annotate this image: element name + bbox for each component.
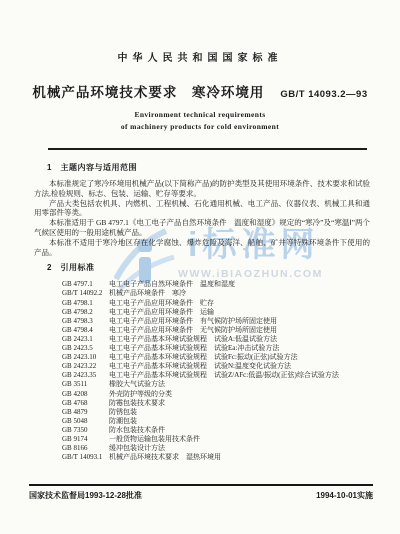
standard-row: GB 4879 防锈包装 xyxy=(62,408,400,417)
scope-paragraphs: 本标准规定了寒冷环境用机械产品(以下简称产品)的防护类型及其使用环境条件、技术要… xyxy=(34,179,370,257)
standard-code: GB 5048 xyxy=(62,417,109,426)
standard-row: GB 9174 一般货物运输包装用技术条件 xyxy=(62,435,400,444)
standard-code: GB 9174 xyxy=(62,435,109,444)
standard-title: 防锈包装 xyxy=(109,408,137,417)
approval-text: 国家技术监督局1993-12-28批准 xyxy=(29,490,142,501)
section-heading-scope: 1 主题内容与适用范围 xyxy=(47,162,400,173)
standard-row: GB 2423.22 电工电子产品基本环境试验规程 试验N:温度变化试验方法 xyxy=(62,362,400,371)
standard-code: GB 4798.3 xyxy=(62,317,109,326)
scope-paragraph: 本标准适用于 GB 4797.1《电工电子产品自然环境条件 温度和湿度》规定的“… xyxy=(34,218,370,238)
standard-code: GB 4208 xyxy=(62,390,109,399)
standard-row: GB 4798.3 电工电子产品应用环境条件 有气候防护场所固定使用 xyxy=(62,317,400,326)
standard-row: GB 8166 缓冲包装设计方法 xyxy=(62,444,400,453)
standard-title: 电工电子产品基本环境试验规程 试验Ea:冲击试验方法 xyxy=(109,344,279,353)
standard-code: GB/T 14092.2 xyxy=(62,289,109,298)
standard-row: GB 7350 防水包装技术条件 xyxy=(62,426,400,435)
standard-title: 电工电子产品基本环境试验规程 试验A:低温试验方法 xyxy=(109,335,277,344)
standard-code: GB 4768 xyxy=(62,399,109,408)
standard-title: 电工电子产品应用环境条件 运输 xyxy=(109,308,214,317)
standard-row: GB/T 14093.1 机械产品环境技术要求 湿热环境用 xyxy=(62,453,400,462)
standard-title: 橡胶大气试验方法 xyxy=(109,380,165,389)
standard-row: GB 4798.1 电工电子产品应用环境条件 贮存 xyxy=(62,299,400,308)
standard-code: GB 7350 xyxy=(62,426,109,435)
scope-paragraph: 本标准规定了寒冷环境用机械产品(以下简称产品)的防护类型及其使用环境条件、技术要… xyxy=(34,179,370,199)
standard-title: 电工电子产品应用环境条件 贮存 xyxy=(109,299,214,308)
standard-title: 防潮包装 xyxy=(109,417,137,426)
standard-code: GB 4798.4 xyxy=(62,326,109,335)
standard-code: GB 2423.22 xyxy=(62,362,109,371)
document-title-en: Environment technical requirements of ma… xyxy=(0,109,400,133)
document-title-cn: 机械产品环境技术要求 寒冷环境用 xyxy=(32,81,264,101)
standard-row: GB 2423.1 电工电子产品基本环境试验规程 试验A:低温试验方法 xyxy=(62,335,400,344)
standard-row: GB 4768 防霉包装技术要求 xyxy=(62,399,400,408)
standard-title: 电工电子产品应用环境条件 无气候防护场所固定使用 xyxy=(109,326,277,335)
standard-document-page: 中华人民共和国国家标准 机械产品环境技术要求 寒冷环境用 GB/T 14093.… xyxy=(0,0,400,534)
standard-title: 机械产品环境技术要求 湿热环境用 xyxy=(109,453,221,462)
standard-row: GB 2423.10 电工电子产品基本环境试验规程 试验Fc:振动(正弦)试验方… xyxy=(62,353,400,362)
standard-title: 缓冲包装设计方法 xyxy=(109,444,165,453)
standard-title: 电工电子产品应用环境条件 有气候防护场所固定使用 xyxy=(109,317,277,326)
standard-row: GB 5048 防潮包装 xyxy=(62,417,400,426)
standard-row: GB/T 14092.2 机械产品环境条件 寒冷 xyxy=(62,289,400,298)
effective-date-text: 1994-10-01实施 xyxy=(316,490,373,501)
title-row: 机械产品环境技术要求 寒冷环境用 GB/T 14093.2—93 xyxy=(0,81,400,101)
standard-title: 一般货物运输包装用技术条件 xyxy=(109,435,200,444)
standard-code: GB 2423.1 xyxy=(62,335,109,344)
standard-title: 防水包装技术条件 xyxy=(109,426,165,435)
standard-row: GB 3511 橡胶大气试验方法 xyxy=(62,380,400,389)
standard-title: 电工电子产品基本环境试验规程 试验N:温度变化试验方法 xyxy=(109,362,291,371)
standard-code: GB 2423.10 xyxy=(62,353,109,362)
standard-code: GB 4798.2 xyxy=(62,308,109,317)
standard-code: GB 2423.35 xyxy=(62,371,109,380)
standard-title: 外壳防护等级的分类 xyxy=(109,390,172,399)
standard-number: GB/T 14093.2—93 xyxy=(280,89,367,100)
authority-line: 中华人民共和国国家标准 xyxy=(0,0,400,64)
scope-paragraph: 产品大类包括农机具、内燃机、工程机械、石化通用机械、电工产品、仪器仪表、机械工具… xyxy=(34,199,370,219)
standard-code: GB 2423.5 xyxy=(62,344,109,353)
standard-row: GB 4798.4 电工电子产品应用环境条件 无气候防护场所固定使用 xyxy=(62,326,400,335)
title-en-line1: Environment technical requirements xyxy=(0,109,400,121)
standard-title: 电工电子产品基本环境试验规程 试验Fc:振动(正弦)试验方法 xyxy=(109,353,298,362)
section-heading-references: 2 引用标准 xyxy=(47,262,400,273)
standard-title: 防霉包装技术要求 xyxy=(109,399,165,408)
standard-code: GB 4879 xyxy=(62,408,109,417)
standard-code: GB 4797.1 xyxy=(62,280,109,289)
footer-bar: 国家技术监督局1993-12-28批准 1994-10-01实施 xyxy=(29,484,373,501)
standard-row: GB 2423.5 电工电子产品基本环境试验规程 试验Ea:冲击试验方法 xyxy=(62,344,400,353)
standard-title: 机械产品环境条件 寒冷 xyxy=(109,289,186,298)
title-en-line2: of machinery products for cold environme… xyxy=(0,121,400,133)
standard-row: GB 4208 外壳防护等级的分类 xyxy=(62,390,400,399)
standard-code: GB 3511 xyxy=(62,380,109,389)
standard-code: GB/T 14093.1 xyxy=(62,453,109,462)
standard-code: GB 4798.1 xyxy=(62,299,109,308)
scope-paragraph: 本标准不适用于寒冷地区存在化学腐蚀、爆炸危险及海洋、船舶、矿井等特殊环境条件下使… xyxy=(34,238,370,258)
referenced-standards-list: GB 4797.1 电工电子产品自然环境条件 温度和湿度 GB/T 14092.… xyxy=(62,280,400,462)
header-rule xyxy=(48,148,367,150)
standard-code: GB 8166 xyxy=(62,444,109,453)
standard-row: GB 4798.2 电工电子产品应用环境条件 运输 xyxy=(62,308,400,317)
